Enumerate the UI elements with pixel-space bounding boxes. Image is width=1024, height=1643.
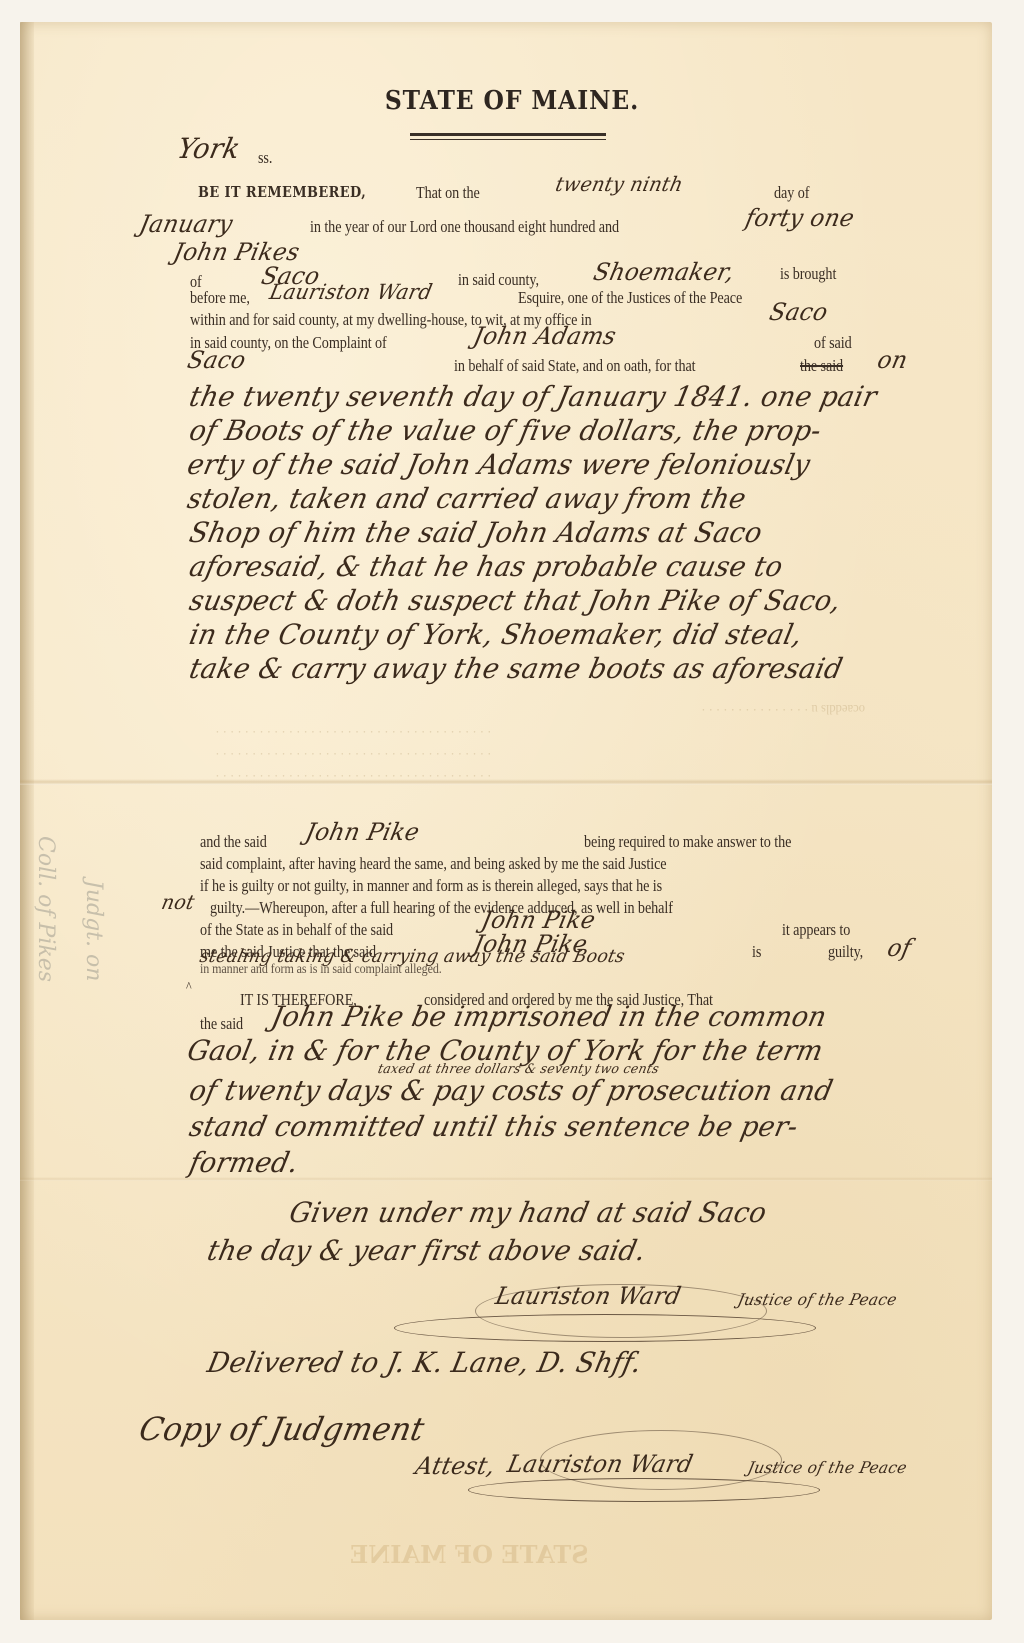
day-of: day of bbox=[774, 183, 809, 203]
answer-line-5a: of the State as in behalf of the said bbox=[200, 920, 393, 940]
given-line: the day & year first above said. bbox=[204, 1234, 649, 1267]
document-page bbox=[20, 22, 992, 1620]
is-brought: is brought bbox=[780, 264, 836, 284]
sentence-line: stand committed until this sentence be p… bbox=[186, 1110, 801, 1143]
fold-line bbox=[20, 779, 992, 785]
justice-written: Lauriston Ward bbox=[267, 280, 434, 304]
answer-line-5b: it appears to bbox=[782, 920, 850, 940]
year-phrase: in the year of our Lord one thousand eig… bbox=[310, 217, 619, 237]
plea-written: not bbox=[159, 890, 197, 914]
answer-name-written: John Pike bbox=[303, 818, 422, 846]
complaint-line: of Boots of the value of five dollars, t… bbox=[186, 414, 824, 447]
attest-label: Attest, bbox=[413, 1452, 498, 1480]
signature-flourish bbox=[475, 1284, 767, 1338]
occupation-written: Shoemaker, bbox=[591, 258, 737, 286]
day-written: twenty ninth bbox=[553, 172, 685, 196]
behalf-town-written: Saco bbox=[185, 346, 248, 374]
struck-the-said: the said bbox=[800, 356, 843, 376]
month-written: January bbox=[137, 210, 235, 238]
complaint-line: Shop of him the said John Adams at Saco bbox=[186, 516, 765, 549]
given-line: Given under my hand at said Saco bbox=[286, 1196, 769, 1229]
signature-flourish bbox=[540, 1430, 782, 1490]
complainant-written: John Adams bbox=[471, 322, 619, 350]
title-rule bbox=[410, 133, 606, 140]
complaint-line: the twenty seventh day of January 1841. … bbox=[186, 380, 880, 413]
complaint-line: suspect & doth suspect that John Pike of… bbox=[186, 584, 844, 617]
caret-mark: ^ bbox=[186, 980, 192, 996]
being-required: being required to make answer to the bbox=[584, 832, 791, 852]
bleed-through-text: · · · · · · · · · · · · · · · · · · · · … bbox=[215, 722, 491, 738]
answer-line-6b: is bbox=[752, 942, 761, 962]
bleed-through-title: STATE OF MAINE bbox=[350, 1540, 589, 1569]
bleed-through-text: · · · · · · · · · · · · · · · · · · · · … bbox=[215, 744, 491, 760]
margin-pencil-note: Coll. of Pikes bbox=[33, 836, 58, 982]
venue-county: York bbox=[174, 132, 243, 165]
answer-line-4: guilty.—Whereupon, after a full hearing … bbox=[210, 898, 673, 918]
margin-pencil-note: Judgt. on bbox=[81, 880, 106, 981]
bleed-through-text: · · · · · · · · · · · · · · · · · · · · … bbox=[215, 766, 491, 782]
complaint-line: stolen, taken and carried away from the bbox=[184, 482, 749, 515]
be-it-remembered: BE IT REMEMBERED, bbox=[198, 183, 366, 201]
copy-of-judgment-label: Copy of Judgment bbox=[136, 1410, 428, 1448]
bleed-through-text: ocaeddls u · · · · · · · · · · · · · · · bbox=[235, 700, 865, 716]
sentence-line: of twenty days & pay costs of prosecutio… bbox=[186, 1074, 836, 1107]
fold-line bbox=[20, 1177, 992, 1181]
complaint-line: take & carry away the same boots as afor… bbox=[186, 652, 845, 685]
complaint-line: in the County of York, Shoemaker, did st… bbox=[186, 618, 805, 651]
esquire-text: Esquire, one of the Justices of the Peac… bbox=[518, 288, 742, 308]
answer-line-7: in manner and form as is in said complai… bbox=[200, 962, 442, 978]
answer-line-6c: guilty, bbox=[828, 942, 863, 962]
on-written: on bbox=[875, 346, 910, 374]
in-said-county: in said county, bbox=[458, 270, 539, 290]
delivered-note: Delivered to J. K. Lane, D. Shff. bbox=[204, 1346, 644, 1379]
sentence-line: John Pike be imprisoned in the common bbox=[268, 1000, 829, 1033]
sentence-line: formed. bbox=[186, 1146, 301, 1179]
document-title: STATE OF MAINE. bbox=[51, 86, 973, 116]
office-town-written: Saco bbox=[767, 298, 830, 326]
year-written: forty one bbox=[743, 204, 857, 232]
paper-edge-strip bbox=[20, 22, 34, 1620]
before-me: before me, bbox=[190, 288, 250, 308]
behalf-text: in behalf of said State, and on oath, fo… bbox=[454, 356, 696, 376]
the-said: the said bbox=[200, 1014, 243, 1034]
complaint-line: erty of the said John Adams were felonio… bbox=[184, 448, 813, 481]
that-on-the: That on the bbox=[416, 183, 480, 203]
answer-line-3: if he is guilty or not guilty, in manner… bbox=[200, 876, 662, 896]
answer-line-2: said complaint, after having heard the s… bbox=[200, 854, 667, 874]
and-the-said: and the said bbox=[200, 832, 267, 852]
of-said: of said bbox=[814, 333, 852, 353]
complaint-line: aforesaid, & that he has probable cause … bbox=[186, 550, 785, 583]
venue-abbrev: ss. bbox=[258, 148, 272, 168]
